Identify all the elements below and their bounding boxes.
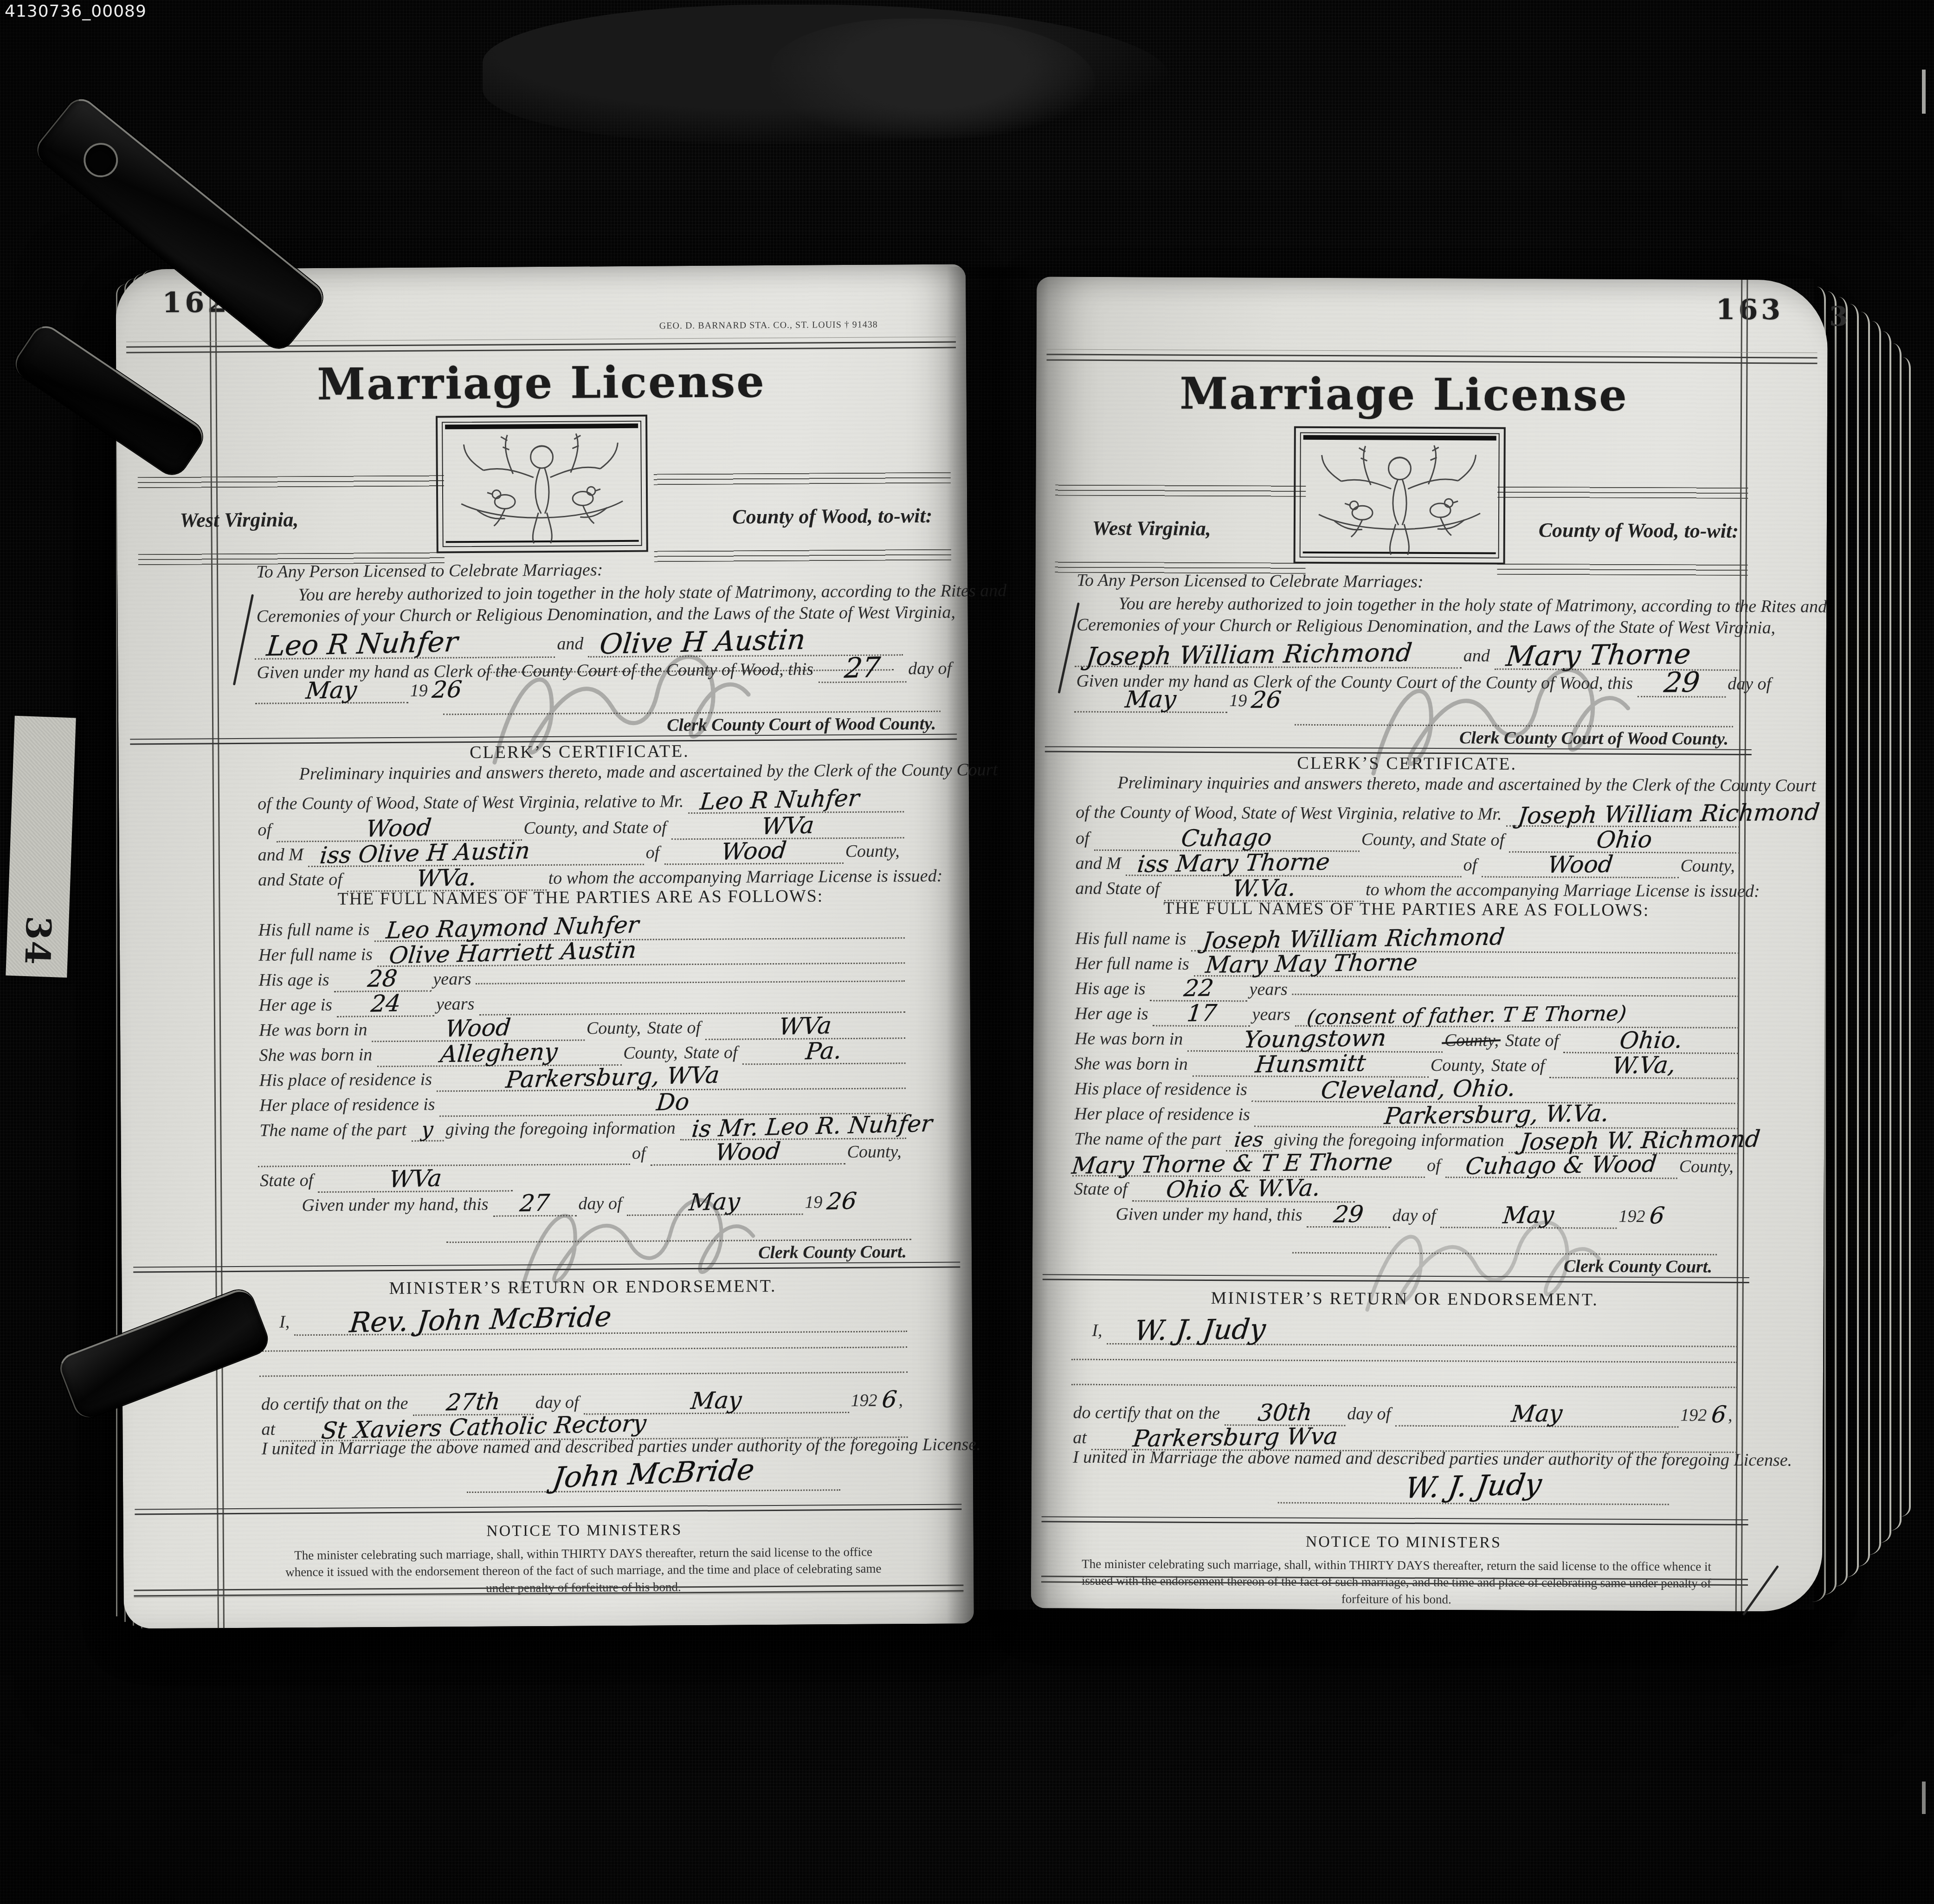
flourish-rules [1055, 484, 1306, 496]
his-age-line: 28 [334, 963, 431, 992]
cherub-vignette-icon [435, 414, 649, 554]
ledger-rule [1046, 354, 1817, 364]
years-label: years [434, 994, 479, 1015]
informant-row: The name of the part ies giving the fore… [1072, 1123, 1738, 1150]
certify-row: do certify that on the 30th day of May 1… [1071, 1397, 1737, 1424]
form-title: Marriage License [1008, 367, 1799, 422]
dotted-line [476, 980, 905, 984]
film-tab: 34 [6, 716, 76, 978]
of-label: of [256, 820, 276, 840]
minister-signature-handwriting: W. J. Judy [1403, 1467, 1544, 1505]
minister-name-handwriting: W. J. Judy [1133, 1313, 1267, 1347]
she-born-row: She was born in Hunsmitt County, State o… [1073, 1048, 1739, 1075]
minister-signature-handwriting: John McBride [551, 1453, 757, 1495]
he-born-state-line: Ohio. [1563, 1025, 1739, 1054]
film-frame-id: 4130736_00089 [5, 2, 147, 21]
flourish-rules [654, 472, 951, 485]
groom-county-row: of Wood County, and State of WVa [256, 810, 904, 838]
minister-signature-row: John McBride [260, 1455, 908, 1499]
bride-state-row: and State of W.Va. to whom the accompany… [1073, 873, 1739, 900]
she-born-row: She was born in Allegheny County, State … [257, 1036, 905, 1064]
his-full-name-row: His full name is Leo Raymond Nuhfer [257, 910, 905, 939]
his-age-row: His age is 22 years [1073, 973, 1739, 1000]
year-printed: 19 [1227, 690, 1251, 711]
her-residence-row: Her place of residence is Do [258, 1086, 906, 1114]
and-state-label: and State of [256, 869, 347, 890]
prelim-text: of the County of Wood, State of West Vir… [256, 791, 689, 814]
his-residence-label: His place of residence is [258, 1069, 437, 1090]
county-label: County, [1678, 856, 1739, 876]
county-label: County, [1677, 1156, 1738, 1177]
bride-row: and M iss Olive H Austin of Wood County, [256, 835, 904, 863]
tab-number: 34 [17, 915, 58, 966]
ledger-rule [126, 341, 956, 354]
minister-signature-row: W. J. Judy [1071, 1467, 1737, 1510]
her-age-line: 17 [1153, 998, 1251, 1027]
of-label: of [644, 842, 664, 862]
informant2-row: Mary Thorne & T E Thorne of Cuhago & Woo… [1072, 1148, 1738, 1175]
her-age-label: Her age is [1073, 1003, 1153, 1024]
his-residence-row: His place of residence is Cleveland, Ohi… [1073, 1073, 1739, 1100]
spacer [857, 1207, 910, 1208]
printer-imprint: GEO. D. BARNARD STA. CO., ST. LOUIS † 91… [659, 320, 878, 332]
years-label: years [1247, 979, 1292, 999]
notice-heading: NOTICE TO MINISTERS [260, 1520, 909, 1542]
his-age-row: His age is 28 years [257, 960, 905, 989]
years-label: years [431, 969, 476, 990]
at-label: at [259, 1419, 280, 1440]
microfilm-frame: 4130736_00089 34 3 162 GEO. D. BARNARD S… [0, 0, 1934, 1904]
his-age-label: His age is [1073, 978, 1150, 999]
of-label: of [1425, 1155, 1445, 1176]
state-label: West Virginia, [1092, 516, 1211, 540]
he-born-label: He was born in [1073, 1029, 1187, 1049]
page-163: 163 Marriage License West Virginia, Coun… [1031, 277, 1828, 1611]
dotted-line [259, 1371, 908, 1377]
he-born-label: He was born in [257, 1019, 372, 1041]
dotted-line [1071, 1359, 1737, 1363]
day-of-label: day of [533, 1392, 583, 1413]
auth-text: You are hereby authorized to join togeth… [296, 580, 1011, 605]
form-title: Marriage License [116, 355, 967, 411]
page-edge [1899, 357, 1911, 1517]
cert-groom-line: Leo R Nuhfer [688, 784, 904, 814]
do-certify-label: do certify that on the [1071, 1402, 1225, 1423]
year-printed: 192 [1678, 1405, 1711, 1425]
he-born-row: He was born in Wood County, State of WVa [257, 1010, 905, 1039]
notice-heading: NOTICE TO MINISTERS [1070, 1532, 1736, 1553]
her-age-handwriting: 17 [1186, 999, 1218, 1027]
part-label: The name of the part [258, 1119, 411, 1141]
his-full-label: His full name is [257, 919, 374, 940]
and-m-label: and M [256, 844, 308, 865]
spacer [1664, 1222, 1718, 1222]
and-state-label: and State of [1073, 878, 1164, 899]
informant-row: The name of the part y giving the forego… [258, 1111, 906, 1139]
part-suffix-handwriting: y [420, 1118, 434, 1142]
dotted-line [259, 1346, 907, 1352]
clip-hole-icon [77, 136, 125, 184]
full-names-heading: THE FULL NAMES OF THE PARTIES ARE AS FOL… [1073, 898, 1739, 921]
his-full-label: His full name is [1073, 928, 1191, 949]
do-certify-label: do certify that on the [259, 1393, 413, 1415]
she-born-label: She was born in [1073, 1054, 1193, 1074]
his-age-handwriting: 22 [1183, 974, 1215, 1002]
flourish-rules [138, 475, 444, 488]
her-full-name-row: Her full name is Olive Harriett Austin [257, 935, 905, 964]
her-residence-label: Her place of residence is [1072, 1104, 1255, 1125]
peek-page-number: 3 [1829, 301, 1848, 332]
county-state-label: County, and State of [1360, 829, 1509, 850]
section-divider [135, 1504, 961, 1515]
her-full-label: Her full name is [257, 944, 377, 965]
county-state-label: County, and State of [522, 817, 671, 838]
clerk-signature [1344, 1189, 1612, 1344]
issue-month-handwriting: May [305, 676, 358, 704]
his-age-label: His age is [257, 970, 334, 991]
spacer [840, 1482, 908, 1482]
given-hand-label: Given under my hand, this [1114, 1204, 1307, 1225]
ledger-rule [1047, 349, 1818, 353]
years-label: years [1251, 1004, 1296, 1024]
county-label: County, [845, 1141, 906, 1162]
certify-place-row: at Parkersburg Wva [1071, 1422, 1737, 1449]
day-of-label: day of [906, 658, 956, 679]
county-label: County, [843, 841, 904, 862]
certify-year-handwriting: 6 [1710, 1401, 1728, 1428]
given-year-handwriting: 6 [1648, 1202, 1666, 1229]
given-year-handwriting: 26 [825, 1187, 857, 1215]
of-label: of [630, 1143, 651, 1164]
county-label: County of Wood, to-wit: [732, 504, 932, 529]
issue-month-line: May [1074, 684, 1227, 713]
county-label: County, [1429, 1055, 1489, 1076]
vignette-band: West Virginia, County of Wood, to-wit: [1046, 424, 1753, 566]
groom-county-row: of Cuhago County, and State of Ohio [1074, 823, 1740, 849]
part-suffix-handwriting: ies [1233, 1128, 1265, 1152]
comma: , [896, 1390, 908, 1410]
informant-state-row: State of Ohio & W.Va. [1072, 1173, 1738, 1200]
her-age-row: Her age is 24 years [257, 985, 905, 1014]
spacer [1071, 1494, 1278, 1495]
cherub-vignette-icon [1292, 425, 1506, 566]
his-residence-label: His place of residence is [1073, 1079, 1252, 1100]
flourish-rules [1497, 487, 1748, 499]
county-label-struck: County, [1443, 1030, 1503, 1051]
film-scratch [1922, 70, 1926, 114]
of-label: of [1462, 855, 1482, 875]
part-suffix-line: ies [1226, 1126, 1272, 1151]
united-text: I united in Marriage the above named and… [1071, 1447, 1797, 1471]
clerk-signature [1343, 631, 1645, 812]
page-162: 162 GEO. D. BARNARD STA. CO., ST. LOUIS … [116, 264, 974, 1628]
certify-year-handwriting: 6 [881, 1386, 898, 1413]
part-label: The name of the part [1072, 1129, 1226, 1150]
year-printed: 192 [849, 1390, 882, 1411]
salutation: To Any Person Licensed to Celebrate Marr… [1075, 570, 1741, 597]
minister-signature-line: W. J. Judy [1278, 1468, 1669, 1505]
full-names-heading: THE FULL NAMES OF THE PARTIES ARE AS FOL… [256, 885, 904, 910]
he-born-row: He was born in Youngstown County, State … [1073, 1023, 1739, 1050]
ledger-rule [126, 337, 956, 342]
her-age-label: Her age is [257, 995, 337, 1016]
minister-signature-line: John McBride [467, 1455, 840, 1493]
certify-place-row: at St Xaviers Catholic Rectory [259, 1409, 908, 1438]
and-m-label: and M [1074, 853, 1126, 874]
vignette-band: West Virginia, County of Wood, to-wit: [128, 412, 956, 556]
her-residence-row: Her place of residence is Parkersburg, W… [1072, 1098, 1738, 1125]
spacer [1669, 1497, 1737, 1497]
state-of-label: State of [645, 1017, 705, 1038]
film-scratch [1922, 1782, 1926, 1814]
bride-state-row: and State of WVa. to whom the accompanyi… [256, 860, 904, 888]
comma: , [1726, 1405, 1737, 1426]
year-printed: 192 [1617, 1206, 1650, 1227]
state-of-label: State of [682, 1042, 742, 1063]
year-printed: 19 [803, 1192, 827, 1212]
dotted-line [1071, 1384, 1737, 1388]
certify-row: do certify that on the 27th day of May 1… [259, 1384, 908, 1413]
his-full-name-row: His full name is Joseph William Richmond [1073, 923, 1739, 950]
salutation-text: To Any Person Licensed to Celebrate Marr… [254, 560, 608, 582]
county-label: County of Wood, to-wit: [1539, 518, 1739, 543]
state-of-label: State of [1503, 1030, 1563, 1051]
salutation-text: To Any Person Licensed to Celebrate Marr… [1075, 570, 1428, 592]
county-label: County, [585, 1018, 645, 1039]
dotted-line [1292, 994, 1739, 997]
bride-row: and M iss Mary Thorne of Wood County, [1074, 848, 1740, 875]
day-of-label: day of [1345, 1403, 1395, 1424]
clerk-signature [464, 618, 767, 802]
clerk-signature [497, 1166, 767, 1325]
part-suffix-line: y [411, 1116, 444, 1141]
her-age-row: Her age is 17 years (consent of father. … [1073, 998, 1739, 1025]
her-full-label: Her full name is [1073, 953, 1194, 974]
of-label: of [1074, 828, 1094, 849]
state-of-label: State of [258, 1170, 318, 1191]
page-number-stamp: 163 [1716, 294, 1784, 327]
state-label: West Virginia, [180, 508, 298, 532]
pen-stroke [233, 594, 254, 686]
her-age-handwriting: 24 [369, 990, 401, 1017]
certify-day-line: 30th [1225, 1397, 1345, 1426]
state-of-label: State of [1072, 1179, 1132, 1200]
cert-groom-line: Joseph William Richmond [1506, 798, 1740, 828]
to-whom-label: to whom the accompanying Marriage Licens… [1364, 879, 1765, 901]
i-label: I, [1090, 1320, 1107, 1341]
her-age-line: 24 [337, 988, 434, 1017]
issue-month-line: May [255, 675, 408, 704]
i-label: I, [277, 1312, 294, 1332]
giving-info-label: giving the foregoing information [444, 1118, 680, 1139]
her-full-name-row: Her full name is Mary May Thorne [1073, 948, 1739, 975]
auth-text: You are hereby authorized to join togeth… [1116, 593, 1831, 617]
certify-day-line: 27th [413, 1387, 533, 1416]
his-age-line: 22 [1150, 973, 1247, 1002]
state-of-label: State of [1489, 1055, 1549, 1076]
informant2-row: of Wood County, [258, 1136, 906, 1164]
her-residence-label: Her place of residence is [258, 1094, 440, 1115]
spacer [260, 1485, 467, 1486]
county-label: County, [621, 1042, 682, 1063]
his-age-handwriting: 28 [367, 965, 399, 992]
year-printed: 19 [408, 680, 432, 701]
his-residence-row: His place of residence is Parkersburg, W… [258, 1061, 906, 1089]
prelim-text: of the County of Wood, State of West Vir… [1074, 802, 1506, 824]
given-hand-label: Given under my hand, this [300, 1194, 493, 1216]
certify-month-handwriting: May [1510, 1400, 1564, 1427]
at-label: at [1071, 1428, 1091, 1448]
issue-year-handwriting: 26 [1250, 686, 1283, 714]
issue-year-handwriting: 26 [431, 676, 463, 704]
she-born-label: She was born in [257, 1044, 377, 1066]
issue-month-handwriting: May [1124, 686, 1178, 713]
section-divider [1042, 1516, 1748, 1525]
